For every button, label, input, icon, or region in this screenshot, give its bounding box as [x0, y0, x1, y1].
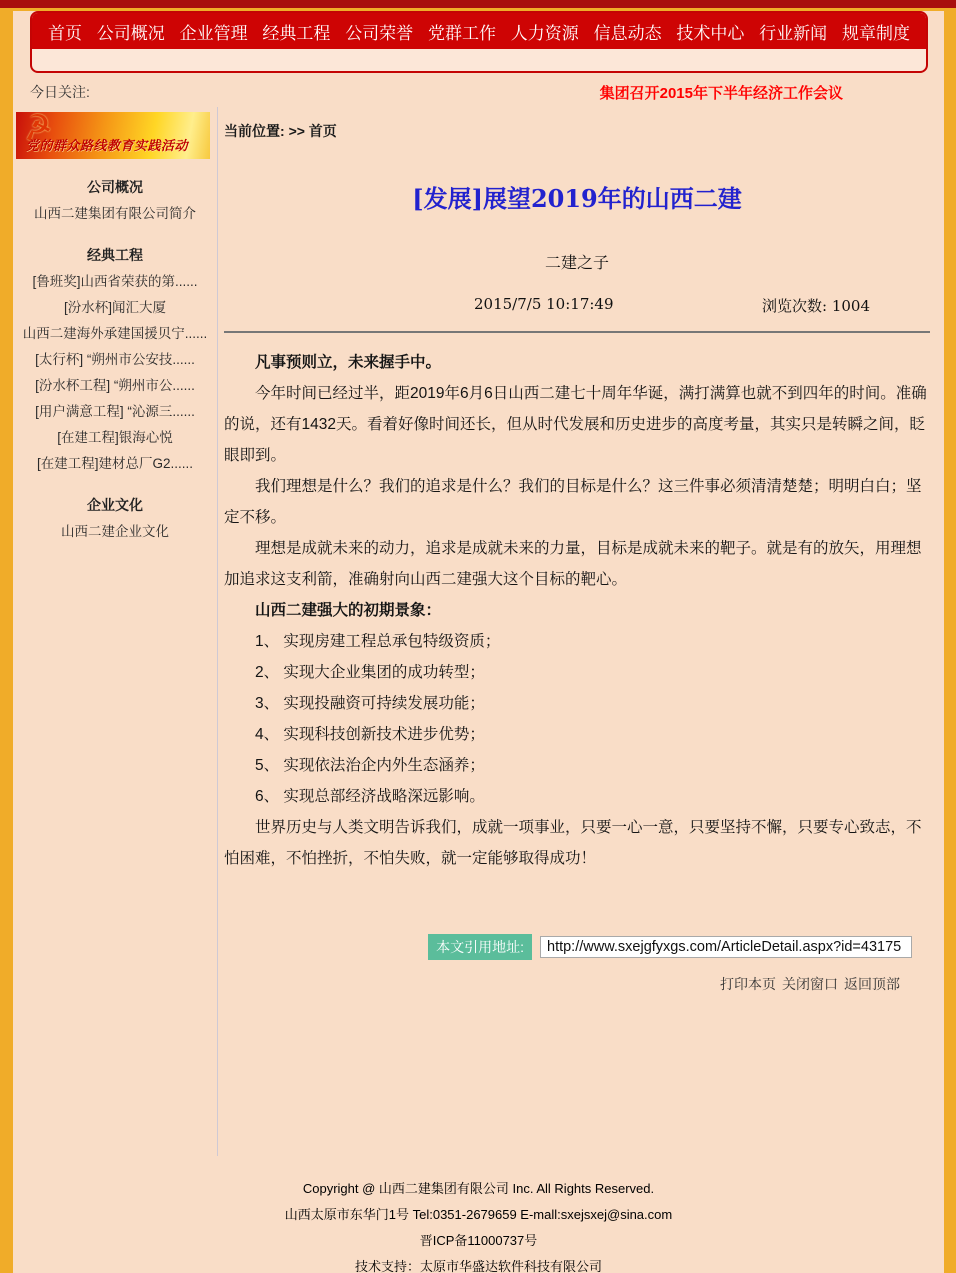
article-meta-row: 2015/7/5 10:17:49 浏览次数: 1004	[224, 295, 930, 316]
sidebar-link[interactable]: [在建工程]银海心悦	[13, 425, 217, 451]
article-body: 凡事预则立，未来握手中。今年时间已经过半，距2019年6月6日山西二建七十周年华…	[224, 347, 930, 874]
article-title: [发展]展望2019年的山西二建	[224, 179, 930, 214]
sidebar-section-title: 企业文化	[13, 493, 217, 517]
sidebar-link[interactable]: [汾水杯]闻汇大厦	[13, 295, 217, 321]
nav-item[interactable]: 行业新闻	[759, 19, 827, 44]
sidebar-link[interactable]: 山西二建集团有限公司简介	[13, 201, 217, 227]
sidebar-section-title: 公司概况	[13, 175, 217, 199]
nav-bar: 首页公司概况企业管理经典工程公司荣誉党群工作人力资源信息动态技术中心行业新闻规章…	[32, 13, 926, 49]
article-paragraph: 3、 实现投融资可持续发展功能；	[224, 688, 930, 719]
sidebar-section-title: 经典工程	[13, 243, 217, 267]
sidebar-link[interactable]: [太行杯] “朔州市公安技......	[13, 347, 217, 373]
page-footer: Copyright @ 山西二建集团有限公司 Inc. All Rights R…	[13, 1156, 944, 1273]
article-paragraph: 4、 实现科技创新技术进步优势；	[224, 719, 930, 750]
article-author: 二建之子	[224, 250, 930, 273]
nav-item[interactable]: 首页	[48, 19, 82, 44]
nav-item[interactable]: 规章制度	[842, 19, 910, 44]
article-paragraph: 今年时间已经过半，距2019年6月6日山西二建七十周年华诞，满打满算也就不到四年…	[224, 378, 930, 471]
article-paragraph: 理想是成就未来的动力，追求是成就未来的力量，目标是成就未来的靶子。就是有的放矢，…	[224, 533, 930, 595]
article-paragraph: 1、 实现房建工程总承包特级资质；	[224, 626, 930, 657]
banner-text: 党的群众路线教育实践活动	[26, 135, 188, 154]
article-action-link[interactable]: 打印本页	[720, 976, 776, 992]
sidebar-link[interactable]: 山西二建海外承建国援贝宁......	[13, 321, 217, 347]
citation-row: 本文引用地址:	[224, 934, 930, 960]
citation-url-input[interactable]	[540, 936, 912, 958]
nav-item[interactable]: 党群工作	[428, 19, 496, 44]
article-paragraph: 5、 实现依法治企内外生态涵养；	[224, 750, 930, 781]
article-paragraph: 2、 实现大企业集团的成功转型；	[224, 657, 930, 688]
nav-sub-strip	[32, 49, 926, 71]
sidebar-section: 企业文化山西二建企业文化	[13, 493, 217, 545]
nav-item[interactable]: 信息动态	[594, 19, 662, 44]
today-focus-row: 今日关注: 集团召开2015年下半年经济工作会议	[30, 77, 928, 107]
nav-item[interactable]: 公司荣誉	[345, 19, 413, 44]
article-paragraph: 凡事预则立，未来握手中。	[224, 347, 930, 378]
article-paragraph: 6、 实现总部经济战略深远影响。	[224, 781, 930, 812]
sidebar-link[interactable]: [汾水杯工程] “朔州市公......	[13, 373, 217, 399]
article-view-count: 浏览次数: 1004	[762, 295, 870, 316]
citation-label: 本文引用地址:	[428, 934, 532, 960]
sidebar: ☭ 党的群众路线教育实践活动 公司概况山西二建集团有限公司简介经典工程[鲁班奖]…	[13, 107, 217, 1156]
article-paragraph: 世界历史与人类文明告诉我们，成就一项事业，只要一心一意，只要坚持不懈，只要专心致…	[224, 812, 930, 874]
page-wrapper: 首页公司概况企业管理经典工程公司荣誉党群工作人力资源信息动态技术中心行业新闻规章…	[13, 11, 944, 1273]
main-navigation-box: 首页公司概况企业管理经典工程公司荣誉党群工作人力资源信息动态技术中心行业新闻规章…	[30, 11, 928, 73]
article-action-link[interactable]: 关闭窗口	[782, 976, 838, 992]
sidebar-link[interactable]: [用户满意工程] “沁源三......	[13, 399, 217, 425]
sidebar-link[interactable]: 山西二建企业文化	[13, 519, 217, 545]
sidebar-section: 经典工程[鲁班奖]山西省荣获的第......[汾水杯]闻汇大厦山西二建海外承建国…	[13, 243, 217, 477]
breadcrumb-label: 当前位置:	[224, 123, 285, 139]
footer-line: 技术支持：太原市华盛达软件科技有限公司	[13, 1254, 944, 1273]
sidebar-link[interactable]: [在建工程]建材总厂G2......	[13, 451, 217, 477]
party-campaign-banner[interactable]: ☭ 党的群众路线教育实践活动	[16, 112, 210, 159]
article-action-link[interactable]: 返回顶部	[844, 976, 900, 992]
footer-line: 晋ICP备11000737号	[13, 1228, 944, 1254]
article-paragraph: 山西二建强大的初期景象：	[224, 595, 930, 626]
footer-line: Copyright @ 山西二建集团有限公司 Inc. All Rights R…	[13, 1176, 944, 1202]
nav-item[interactable]: 人力资源	[511, 19, 579, 44]
sidebar-section: 公司概况山西二建集团有限公司简介	[13, 175, 217, 227]
today-focus-label: 今日关注:	[30, 82, 90, 102]
sidebar-sections: 公司概况山西二建集团有限公司简介经典工程[鲁班奖]山西省荣获的第......[汾…	[13, 175, 217, 545]
footer-line: 山西太原市东华门1号 Tel:0351-2679659 E-mall:sxejs…	[13, 1202, 944, 1228]
breadcrumb-home-link[interactable]: >> 首页	[289, 123, 337, 139]
top-border-bar	[0, 0, 956, 8]
focus-headline-link[interactable]: 集团召开2015年下半年经济工作会议	[600, 82, 843, 103]
nav-item[interactable]: 公司概况	[97, 19, 165, 44]
nav-item[interactable]: 经典工程	[262, 19, 330, 44]
breadcrumb: 当前位置: >> 首页	[224, 121, 930, 141]
sidebar-link[interactable]: [鲁班奖]山西省荣获的第......	[13, 269, 217, 295]
nav-item[interactable]: 企业管理	[180, 19, 248, 44]
article-action-links: 打印本页关闭窗口返回顶部	[224, 974, 930, 994]
article-paragraph: 我们理想是什么？我们的追求是什么？我们的目标是什么？这三件事必须清清楚楚；明明白…	[224, 471, 930, 533]
article-date: 2015/7/5 10:17:49	[474, 295, 614, 316]
article-content: 当前位置: >> 首页 [发展]展望2019年的山西二建 二建之子 2015/7…	[218, 107, 944, 1156]
meta-divider-line	[224, 331, 930, 333]
nav-item[interactable]: 技术中心	[676, 19, 744, 44]
main-area: ☭ 党的群众路线教育实践活动 公司概况山西二建集团有限公司简介经典工程[鲁班奖]…	[13, 107, 944, 1156]
